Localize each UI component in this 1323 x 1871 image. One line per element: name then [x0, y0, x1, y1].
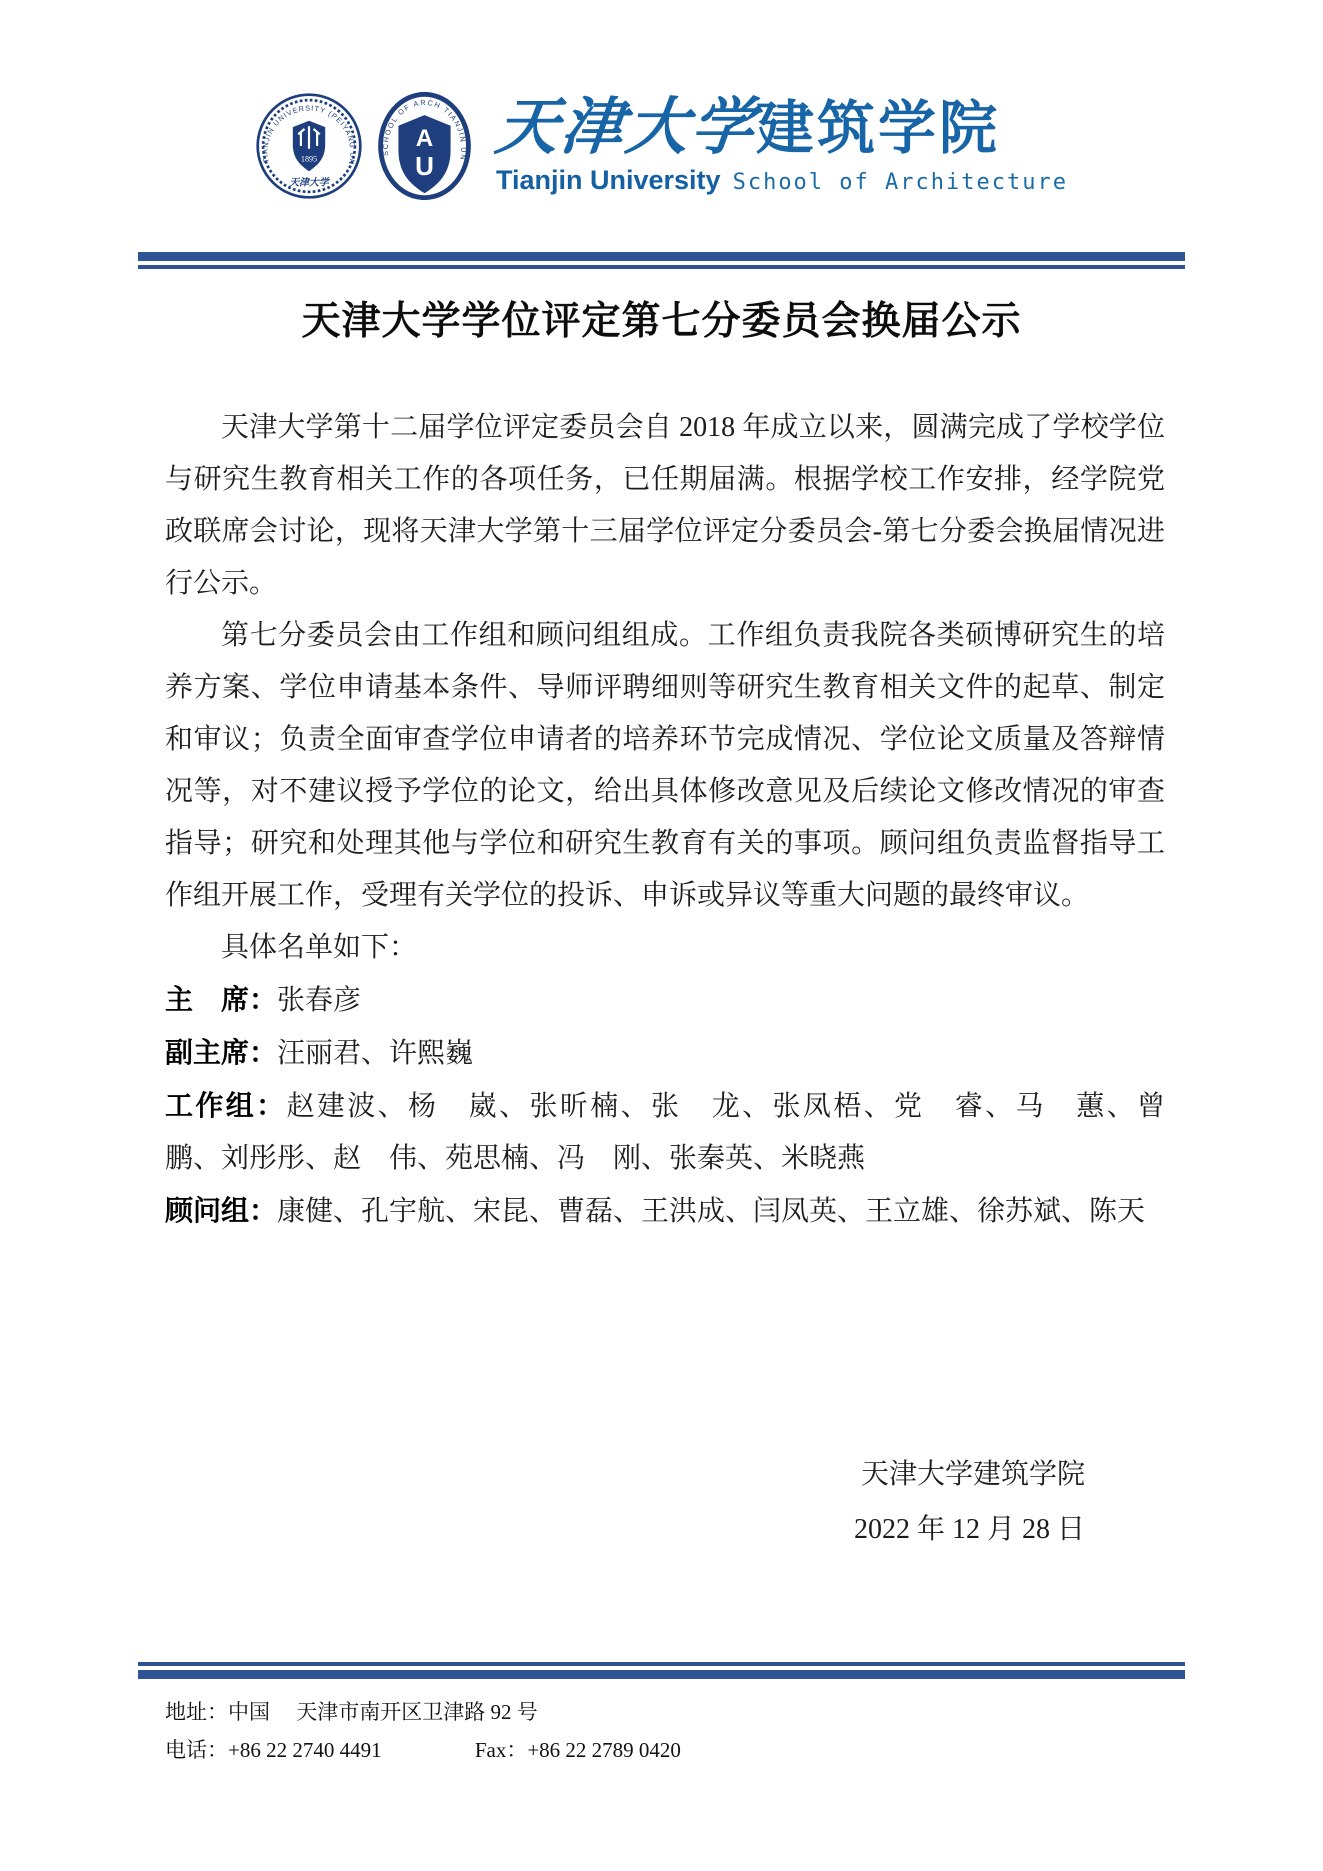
tianjin-university-seal-icon: TIANJIN UNIVERSITY (PEIYANG UNIVERSITY) … [255, 92, 363, 200]
signature-block: 天津大学建筑学院 2022 年 12 月 28 日 [854, 1447, 1085, 1557]
paragraph-duties: 第七分委员会由工作组和顾问组组成。工作组负责我院各类硕博研究生的培养方案、学位申… [165, 610, 1165, 922]
header-divider-thin-line [138, 265, 1185, 269]
roster-label-vice-chairmen: 副主席： [165, 1037, 277, 1068]
address-label: 地址： [165, 1700, 228, 1724]
roster-row-chairman: 主 席：张春彦 [165, 974, 1165, 1027]
seal-year: 1895 [301, 154, 317, 163]
roster-row-advisory-group: 顾问组：康健、孔宇航、宋昆、曹磊、王洪成、闫凤英、王立雄、徐苏斌、陈天 [165, 1185, 1165, 1238]
address-line: 地址：中国 天津市南开区卫津路 92 号 [165, 1693, 681, 1731]
fax-label: Fax： [475, 1738, 528, 1762]
phone-label: 电话： [165, 1738, 228, 1762]
arch-monogram-u: U [415, 151, 434, 181]
seal-calligraphy: 天津大学 [288, 177, 331, 189]
phone-fax-line: 电话：+86 22 2740 4491 Fax：+86 22 2789 0420 [165, 1731, 681, 1769]
fax-value: +86 22 2789 0420 [527, 1738, 681, 1762]
roster-names-advisory-group: 康健、孔宇航、宋昆、曹磊、王洪成、闫凤英、王立雄、徐苏斌、陈天 [277, 1196, 1145, 1227]
header-divider-thick-line [138, 252, 1185, 261]
document-title: 天津大学学位评定第七分委员会换届公示 [0, 290, 1323, 346]
fax-pair: Fax：+86 22 2789 0420 [475, 1738, 681, 1762]
roster-row-working-group: 工作组：赵建波、杨 崴、张昕楠、张 龙、张凤梧、党 睿、马 蕙、曾 鹏、刘彤彤、… [165, 1080, 1165, 1185]
wordmark-university-cn: 天津大学 [493, 96, 760, 161]
roster-label-advisory-group: 顾问组： [165, 1195, 277, 1226]
signature-date: 2022 年 12 月 28 日 [854, 1502, 1085, 1557]
address-value: 中国 天津市南开区卫津路 92 号 [228, 1700, 538, 1724]
wordmark-english: Tianjin UniversitySchool of Architecture [496, 165, 1068, 196]
paragraph-intro: 天津大学第十二届学位评定委员会自 2018 年成立以来，圆满完成了学校学位与研究… [165, 402, 1165, 610]
footer-divider [138, 1662, 1185, 1679]
roster-label-chairman: 主 席： [165, 984, 277, 1015]
roster-names-working-group: 赵建波、杨 崴、张昕楠、张 龙、张凤梧、党 睿、马 蕙、曾 鹏、刘彤彤、赵 伟、… [165, 1091, 1193, 1174]
roster-row-vice-chairmen: 副主席：汪丽君、许熙巍 [165, 1027, 1165, 1080]
wordmark-school-en: School of Architecture [733, 170, 1068, 195]
wordmark-chinese: 天津大学建筑学院 [496, 96, 1068, 161]
letterhead: TIANJIN UNIVERSITY (PEIYANG UNIVERSITY) … [0, 90, 1323, 202]
roster-label-working-group: 工作组： [165, 1090, 287, 1121]
school-of-architecture-seal-icon: SCHOOL OF ARCH TIANJIN UNIV A U [376, 90, 473, 202]
footer-divider-thick-line [138, 1670, 1185, 1679]
arch-monogram-a: A [416, 125, 433, 152]
header-divider [138, 252, 1185, 269]
document-body: 天津大学第十二届学位评定委员会自 2018 年成立以来，圆满完成了学校学位与研究… [165, 402, 1165, 1238]
footer-divider-thin-line [138, 1662, 1185, 1666]
signature-organization: 天津大学建筑学院 [854, 1447, 1085, 1502]
document-page: TIANJIN UNIVERSITY (PEIYANG UNIVERSITY) … [0, 0, 1323, 1871]
wordmark-university-en: Tianjin University [496, 165, 721, 195]
paragraph-list-lead: 具体名单如下： [165, 922, 1165, 974]
footer-contact: 地址：中国 天津市南开区卫津路 92 号 电话：+86 22 2740 4491… [165, 1693, 681, 1769]
phone-value: +86 22 2740 4491 [228, 1738, 382, 1762]
wordmark-school-cn: 建筑学院 [756, 96, 1000, 161]
roster-names-chairman: 张春彦 [277, 985, 361, 1016]
roster-names-vice-chairmen: 汪丽君、许熙巍 [277, 1038, 473, 1069]
wordmark: 天津大学建筑学院 Tianjin UniversitySchool of Arc… [496, 96, 1068, 196]
phone-pair: 电话：+86 22 2740 4491 [165, 1738, 382, 1762]
